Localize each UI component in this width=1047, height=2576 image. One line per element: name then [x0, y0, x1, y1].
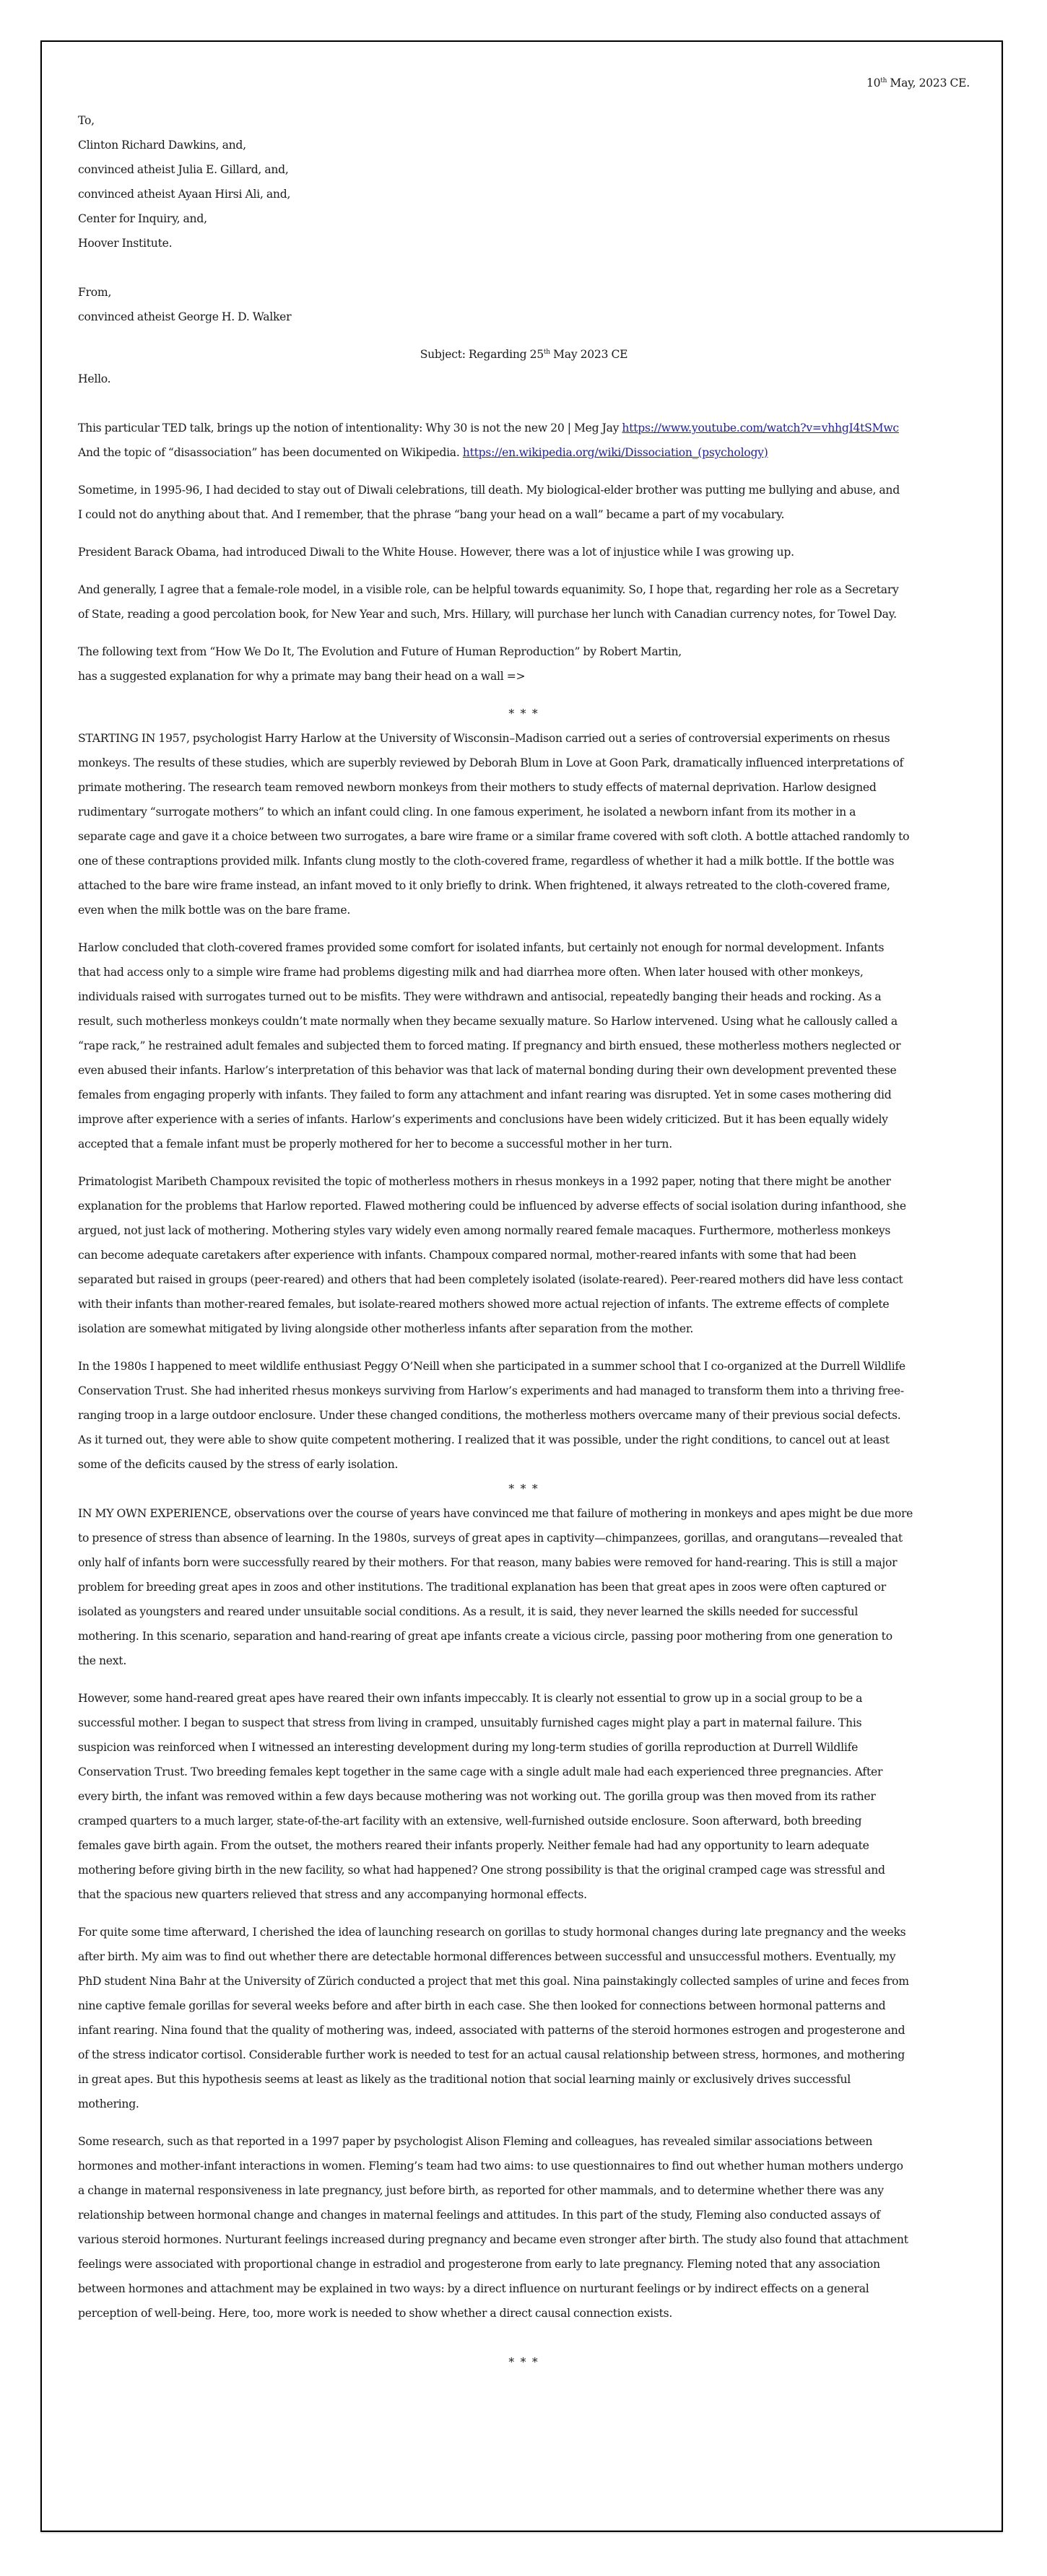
paragraph-line: isolated as youngsters and reared under …	[78, 1599, 970, 1624]
paragraph-line: IN MY OWN EXPERIENCE, observations over …	[78, 1501, 970, 1526]
paragraph-line: argued, not just lack of mothering. Moth…	[78, 1218, 970, 1243]
paragraph-line: of the stress indicator cortisol. Consid…	[78, 2043, 970, 2067]
paragraph-line: in great apes. But this hypothesis seems…	[78, 2067, 970, 2092]
excerpt-paragraph-hormones: For quite some time afterward, I cherish…	[78, 1920, 970, 2116]
paragraph-line: separated but raised in groups (peer-rea…	[78, 1267, 970, 1292]
paragraph-line: rudimentary “surrogate mothers” to which…	[78, 800, 970, 824]
excerpt-paragraph-harlow: STARTING IN 1957, psychologist Harry Har…	[78, 726, 970, 922]
paragraph-line: hormones and mother-infant interactions …	[78, 2154, 970, 2178]
excerpt-paragraph-fleming: Some research, such as that reported in …	[78, 2129, 970, 2326]
paragraph-line: separate cage and gave it a choice betwe…	[78, 824, 970, 849]
role-model-paragraph: And generally, I agree that a female-rol…	[78, 577, 970, 626]
paragraph-line: PhD student Nina Bahr at the University …	[78, 1969, 970, 1994]
paragraph-line: explanation for the problems that Harlow…	[78, 1194, 970, 1218]
paragraph-line: monkeys. The results of these studies, w…	[78, 751, 970, 775]
paragraph-line: females from engaging properly with infa…	[78, 1083, 970, 1107]
paragraph-line: females gave birth again. From the outse…	[78, 1833, 970, 1858]
paragraph-line: every birth, the infant was removed with…	[78, 1784, 970, 1809]
paragraph-line: Conservation Trust. Two breeding females…	[78, 1760, 970, 1784]
paragraph-line: suspicion was reinforced when I witnesse…	[78, 1735, 970, 1760]
diwali-paragraph: Sometime, in 1995-96, I had decided to s…	[78, 478, 970, 527]
section-separator: * * *	[78, 2350, 970, 2375]
paragraph-line: relationship between hormonal change and…	[78, 2203, 970, 2227]
wikipedia-line: And the topic of “disassociation” has be…	[78, 440, 970, 465]
paragraph-line: attached to the bare wire frame instead,…	[78, 873, 970, 898]
paragraph-line: And generally, I agree that a female-rol…	[78, 577, 970, 602]
paragraph-line: has a suggested explanation for why a pr…	[78, 664, 970, 689]
to-label: To,	[78, 108, 970, 133]
paragraph-line: a change in maternal responsiveness in l…	[78, 2178, 970, 2203]
paragraph-line: between hormones and attachment may be e…	[78, 2276, 970, 2301]
excerpt-paragraph-own-experience: IN MY OWN EXPERIENCE, observations over …	[78, 1501, 970, 1673]
sender: convinced atheist George H. D. Walker	[78, 305, 970, 329]
recipient: convinced atheist Ayaan Hirsi Ali, and,	[78, 182, 970, 206]
paragraph-line: some of the deficits caused by the stres…	[78, 1452, 970, 1477]
book-intro: The following text from “How We Do It, T…	[78, 639, 970, 689]
recipient: convinced atheist Julia E. Gillard, and,	[78, 157, 970, 182]
excerpt-paragraph-harlow-conclusion: Harlow concluded that cloth-covered fram…	[78, 935, 970, 1156]
paragraph-line: individuals raised with surrogates turne…	[78, 984, 970, 1009]
paragraph-line: that the spacious new quarters relieved …	[78, 1882, 970, 1907]
recipient-list: Clinton Richard Dawkins, and, convinced …	[78, 133, 970, 256]
paragraph-line: Primatologist Maribeth Champoux revisite…	[78, 1169, 970, 1194]
recipient: Clinton Richard Dawkins, and,	[78, 133, 970, 157]
obama-paragraph: President Barack Obama, had introduced D…	[78, 540, 970, 564]
paragraph-line: various steroid hormones. Nurturant feel…	[78, 2227, 970, 2252]
excerpt-paragraph-gorillas: However, some hand-reared great apes hav…	[78, 1686, 970, 1907]
paragraph-line: only half of infants born were successfu…	[78, 1550, 970, 1575]
paragraph-line: to presence of stress than absence of le…	[78, 1526, 970, 1550]
excerpt-paragraph-oneill: In the 1980s I happened to meet wildlife…	[78, 1354, 970, 1477]
paragraph-line: can become adequate caretakers after exp…	[78, 1243, 970, 1267]
paragraph-line: of State, reading a good percolation boo…	[78, 602, 970, 626]
paragraph-line: nine captive female gorillas for several…	[78, 1994, 970, 2018]
paragraph-line: In the 1980s I happened to meet wildlife…	[78, 1354, 970, 1379]
paragraph-line: Some research, such as that reported in …	[78, 2129, 970, 2154]
paragraph-line: For quite some time afterward, I cherish…	[78, 1920, 970, 1944]
letter-content: 10th May, 2023 CE. To, Clinton Richard D…	[78, 71, 970, 2375]
excerpt-paragraph-champoux: Primatologist Maribeth Champoux revisite…	[78, 1169, 970, 1341]
paragraph-line: Harlow concluded that cloth-covered fram…	[78, 935, 970, 960]
paragraph-line: even when the milk bottle was on the bar…	[78, 898, 970, 922]
letter-page: 10th May, 2023 CE. To, Clinton Richard D…	[40, 40, 1003, 2532]
youtube-link[interactable]: https://www.youtube.com/watch?v=vhhgI4tS…	[622, 422, 898, 435]
paragraph-line: even abused their infants. Harlow’s inte…	[78, 1058, 970, 1083]
recipient: Center for Inquiry, and,	[78, 206, 970, 231]
paragraph-line: after birth. My aim was to find out whet…	[78, 1944, 970, 1969]
wikipedia-link[interactable]: https://en.wikipedia.org/wiki/Dissociati…	[463, 446, 768, 459]
paragraph-line: with their infants than mother-reared fe…	[78, 1292, 970, 1317]
paragraph-line: The following text from “How We Do It, T…	[78, 639, 970, 664]
section-separator: * * *	[78, 702, 970, 726]
ted-talk-line: This particular TED talk, brings up the …	[78, 416, 970, 440]
paragraph-line: improve after experience with a series o…	[78, 1107, 970, 1132]
paragraph-line: “rape rack,” he restrained adult females…	[78, 1034, 970, 1058]
paragraph-line: Sometime, in 1995-96, I had decided to s…	[78, 478, 970, 502]
paragraph-line: I could not do anything about that. And …	[78, 502, 970, 527]
paragraph-line: infant rearing. Nina found that the qual…	[78, 2018, 970, 2043]
from-label: From,	[78, 280, 970, 305]
paragraph-line: that had access only to a simple wire fr…	[78, 960, 970, 984]
paragraph-line: the next.	[78, 1649, 970, 1673]
paragraph-line: accepted that a female infant must be pr…	[78, 1132, 970, 1156]
paragraph-line: However, some hand-reared great apes hav…	[78, 1686, 970, 1711]
paragraph-line: STARTING IN 1957, psychologist Harry Har…	[78, 726, 970, 751]
paragraph-line: mothering. In this scenario, separation …	[78, 1624, 970, 1649]
paragraph-line: mothering.	[78, 2092, 970, 2116]
paragraph-line: isolation are somewhat mitigated by livi…	[78, 1317, 970, 1341]
subject-line: Subject: Regarding 25th May 2023 CE	[78, 342, 970, 367]
section-separator: * * *	[78, 1477, 970, 1501]
paragraph-line: Conservation Trust. She had inherited rh…	[78, 1379, 970, 1403]
letter-date: 10th May, 2023 CE.	[78, 71, 970, 95]
paragraph-line: primate mothering. The research team rem…	[78, 775, 970, 800]
paragraph-line: problem for breeding great apes in zoos …	[78, 1575, 970, 1599]
paragraph-line: successful mother. I began to suspect th…	[78, 1711, 970, 1735]
paragraph-line: As it turned out, they were able to show…	[78, 1428, 970, 1452]
paragraph-line: ranging troop in a large outdoor enclosu…	[78, 1403, 970, 1428]
paragraph-line: cramped quarters to a much larger, state…	[78, 1809, 970, 1833]
recipient: Hoover Institute.	[78, 231, 970, 256]
paragraph-line: perception of well-being. Here, too, mor…	[78, 2301, 970, 2326]
paragraph-line: result, such motherless monkeys couldn’t…	[78, 1009, 970, 1034]
paragraph-line: feelings were associated with proportion…	[78, 2252, 970, 2276]
paragraph-line: mothering before giving birth in the new…	[78, 1858, 970, 1882]
paragraph-line: one of these contraptions provided milk.…	[78, 849, 970, 873]
greeting: Hello.	[78, 367, 970, 391]
